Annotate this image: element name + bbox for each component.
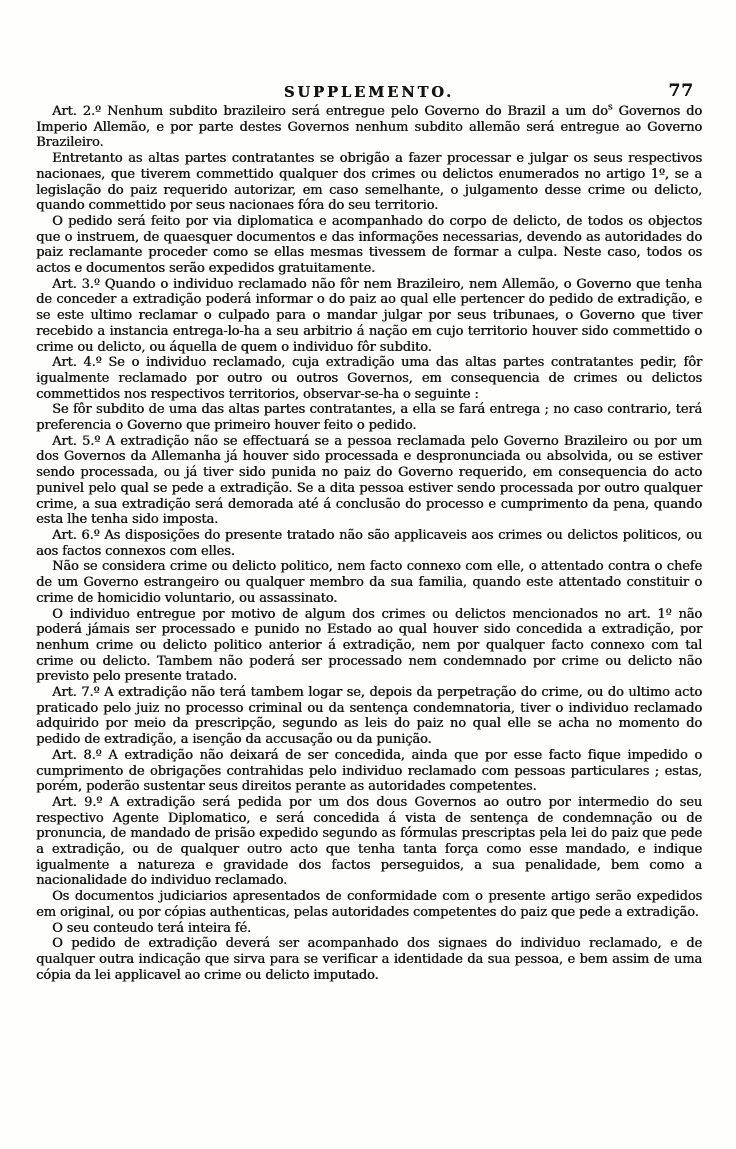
paragraph-art-2: Art. 2.º Nenhum subdito brazileiro será …	[36, 104, 702, 151]
paragraph-entretanto: Entretanto as altas partes contratantes …	[36, 151, 702, 214]
page-header-title: SUPPLEMENTO.	[36, 84, 702, 101]
paragraph-text: Art. 2.º Nenhum subdito brazileiro será …	[52, 104, 608, 119]
page-header: SUPPLEMENTO. 77	[36, 84, 702, 102]
paragraph-nao-se-considera: Não se considera crime ou delicto politi…	[36, 559, 702, 606]
paragraph-art-6: Art. 6.º As disposições do presente trat…	[36, 528, 702, 559]
paragraph-art-8: Art. 8.º A extradição não deixará de ser…	[36, 748, 702, 795]
document-body: Art. 2.º Nenhum subdito brazileiro será …	[36, 104, 702, 983]
paragraph-art-5: Art. 5.º A extradição não se effectuará …	[36, 434, 702, 528]
paragraph-art-7: Art. 7.º A extradição não terá tambem lo…	[36, 685, 702, 748]
paragraph-os-documentos: Os documentos judiciarios apresentados d…	[36, 889, 702, 920]
paragraph-art-9: Art. 9.º A extradição será pedida por um…	[36, 795, 702, 889]
paragraph-pedido-signaes: O pedido de extradição deverá ser acompa…	[36, 936, 702, 983]
document-page: SUPPLEMENTO. 77 Art. 2.º Nenhum subdito …	[0, 0, 736, 1149]
page-number: 77	[668, 81, 694, 101]
paragraph-conteudo: O seu conteudo terá inteira fé.	[36, 921, 702, 937]
paragraph-o-pedido: O pedido será feito por via diplomatica …	[36, 214, 702, 277]
paragraph-art-4: Art. 4.º Se o individuo reclamado, cuja …	[36, 355, 702, 402]
paragraph-o-individuo-entregue: O individuo entregue por motivo de algum…	[36, 607, 702, 686]
paragraph-art-3: Art. 3.º Quando o individuo reclamado nã…	[36, 277, 702, 356]
paragraph-se-for-subdito: Se fôr subdito de uma das altas partes c…	[36, 402, 702, 433]
